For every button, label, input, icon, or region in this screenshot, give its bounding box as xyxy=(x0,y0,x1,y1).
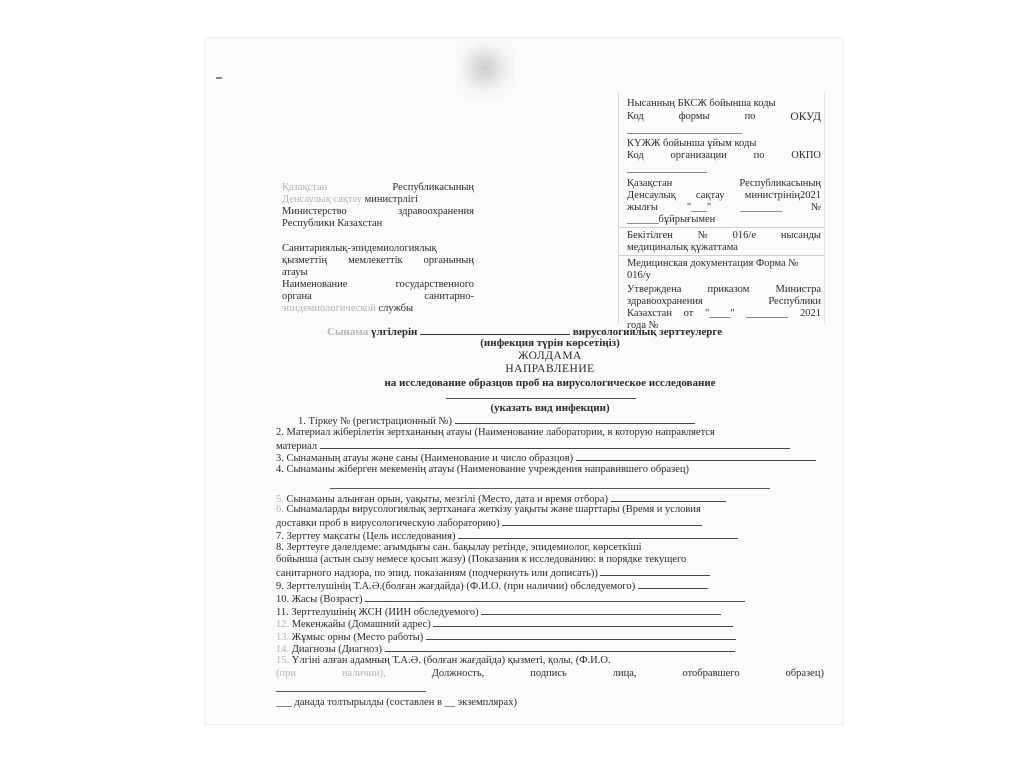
field-3-input[interactable] xyxy=(576,451,816,461)
field-8-input[interactable] xyxy=(600,566,710,576)
field-11-input[interactable] xyxy=(481,605,721,615)
infection-ru-field[interactable] xyxy=(446,398,636,399)
field-13-input[interactable] xyxy=(426,630,736,640)
field-12: 12. Мекенжайы (Домашний адрес) xyxy=(276,617,824,631)
field-4-input[interactable] xyxy=(330,488,770,489)
okud-ru: Код формы по ОКУД xyxy=(627,111,821,123)
field-15-input[interactable] xyxy=(276,691,426,692)
okpo-line xyxy=(627,172,707,173)
service-header: Санитариялық-эпидемиологиялық қызметтің … xyxy=(282,243,474,315)
infection-kz: (инфекция түрін көрсетіңіз) xyxy=(260,337,840,350)
ministry-header: Қазақстан Республикасының Денсаулық сақт… xyxy=(282,182,474,230)
field-9: 9. Зерттелушінің Т.А.Ә.(болған жағдайда)… xyxy=(276,579,824,593)
form-code-box: Нысанның БКСЖ бойынша коды Код формы по … xyxy=(618,92,825,324)
okpo-kz: КҮЖЖ бойынша ұйым коды xyxy=(627,138,821,150)
copies-line: ___ данада толтырылды (составлен в __ эк… xyxy=(276,697,824,709)
field-12-input[interactable] xyxy=(433,617,733,627)
field-6: 6. Сынамаларды вирусологиялық зертханаға… xyxy=(276,504,824,516)
field-1: 1. Тіркеу № (регистрационный №) xyxy=(298,414,846,428)
field-9-input[interactable] xyxy=(638,579,708,589)
field-2-input[interactable] xyxy=(320,439,790,449)
scan-mark xyxy=(216,77,222,79)
field-7-input[interactable] xyxy=(458,529,738,539)
field-7: 7. Зерттеу мақсаты (Цель исследования) xyxy=(276,529,824,543)
field-10: 10. Жасы (Возраст) xyxy=(276,592,824,606)
field-3: 3. Сынаманың атауы және саны (Наименован… xyxy=(276,451,824,465)
field-5-input[interactable] xyxy=(611,492,726,502)
field-2: 2. Материал жіберілетін зертхананың атау… xyxy=(276,427,824,439)
field-1-input[interactable] xyxy=(455,414,695,424)
scan-smudge xyxy=(455,38,515,98)
field-14: 14. Диагнозы (Диагноз) xyxy=(276,642,824,656)
doc-title-ru: НАПРАВЛЕНИЕ xyxy=(260,363,840,376)
field-6-input[interactable] xyxy=(502,516,702,526)
infection-type-field[interactable] xyxy=(420,324,570,335)
field-15: 15. Үлгіні алған адамның Т.А.Ә. (болған … xyxy=(276,655,824,667)
field-14-input[interactable] xyxy=(385,642,735,652)
okud-kz: Нысанның БКСЖ бойынша коды xyxy=(627,98,821,110)
field-8: 8. Зерттеуге дәлелдеме: ағымдығы сан. ба… xyxy=(276,542,824,554)
okud-line xyxy=(627,133,742,134)
okpo-ru: Код организации по ОКПО xyxy=(627,150,821,162)
field-4: 4. Сынаманы жіберген мекеменің атауы (На… xyxy=(276,464,824,476)
field-10-input[interactable] xyxy=(365,592,745,602)
doc-title-kz: ЖОЛДАМА xyxy=(260,350,840,363)
doc-subtitle: на исследование образцов проб на вирусол… xyxy=(260,377,840,390)
samples-line: Сынама үлгілерін вирусологиялық зерттеул… xyxy=(327,324,722,338)
